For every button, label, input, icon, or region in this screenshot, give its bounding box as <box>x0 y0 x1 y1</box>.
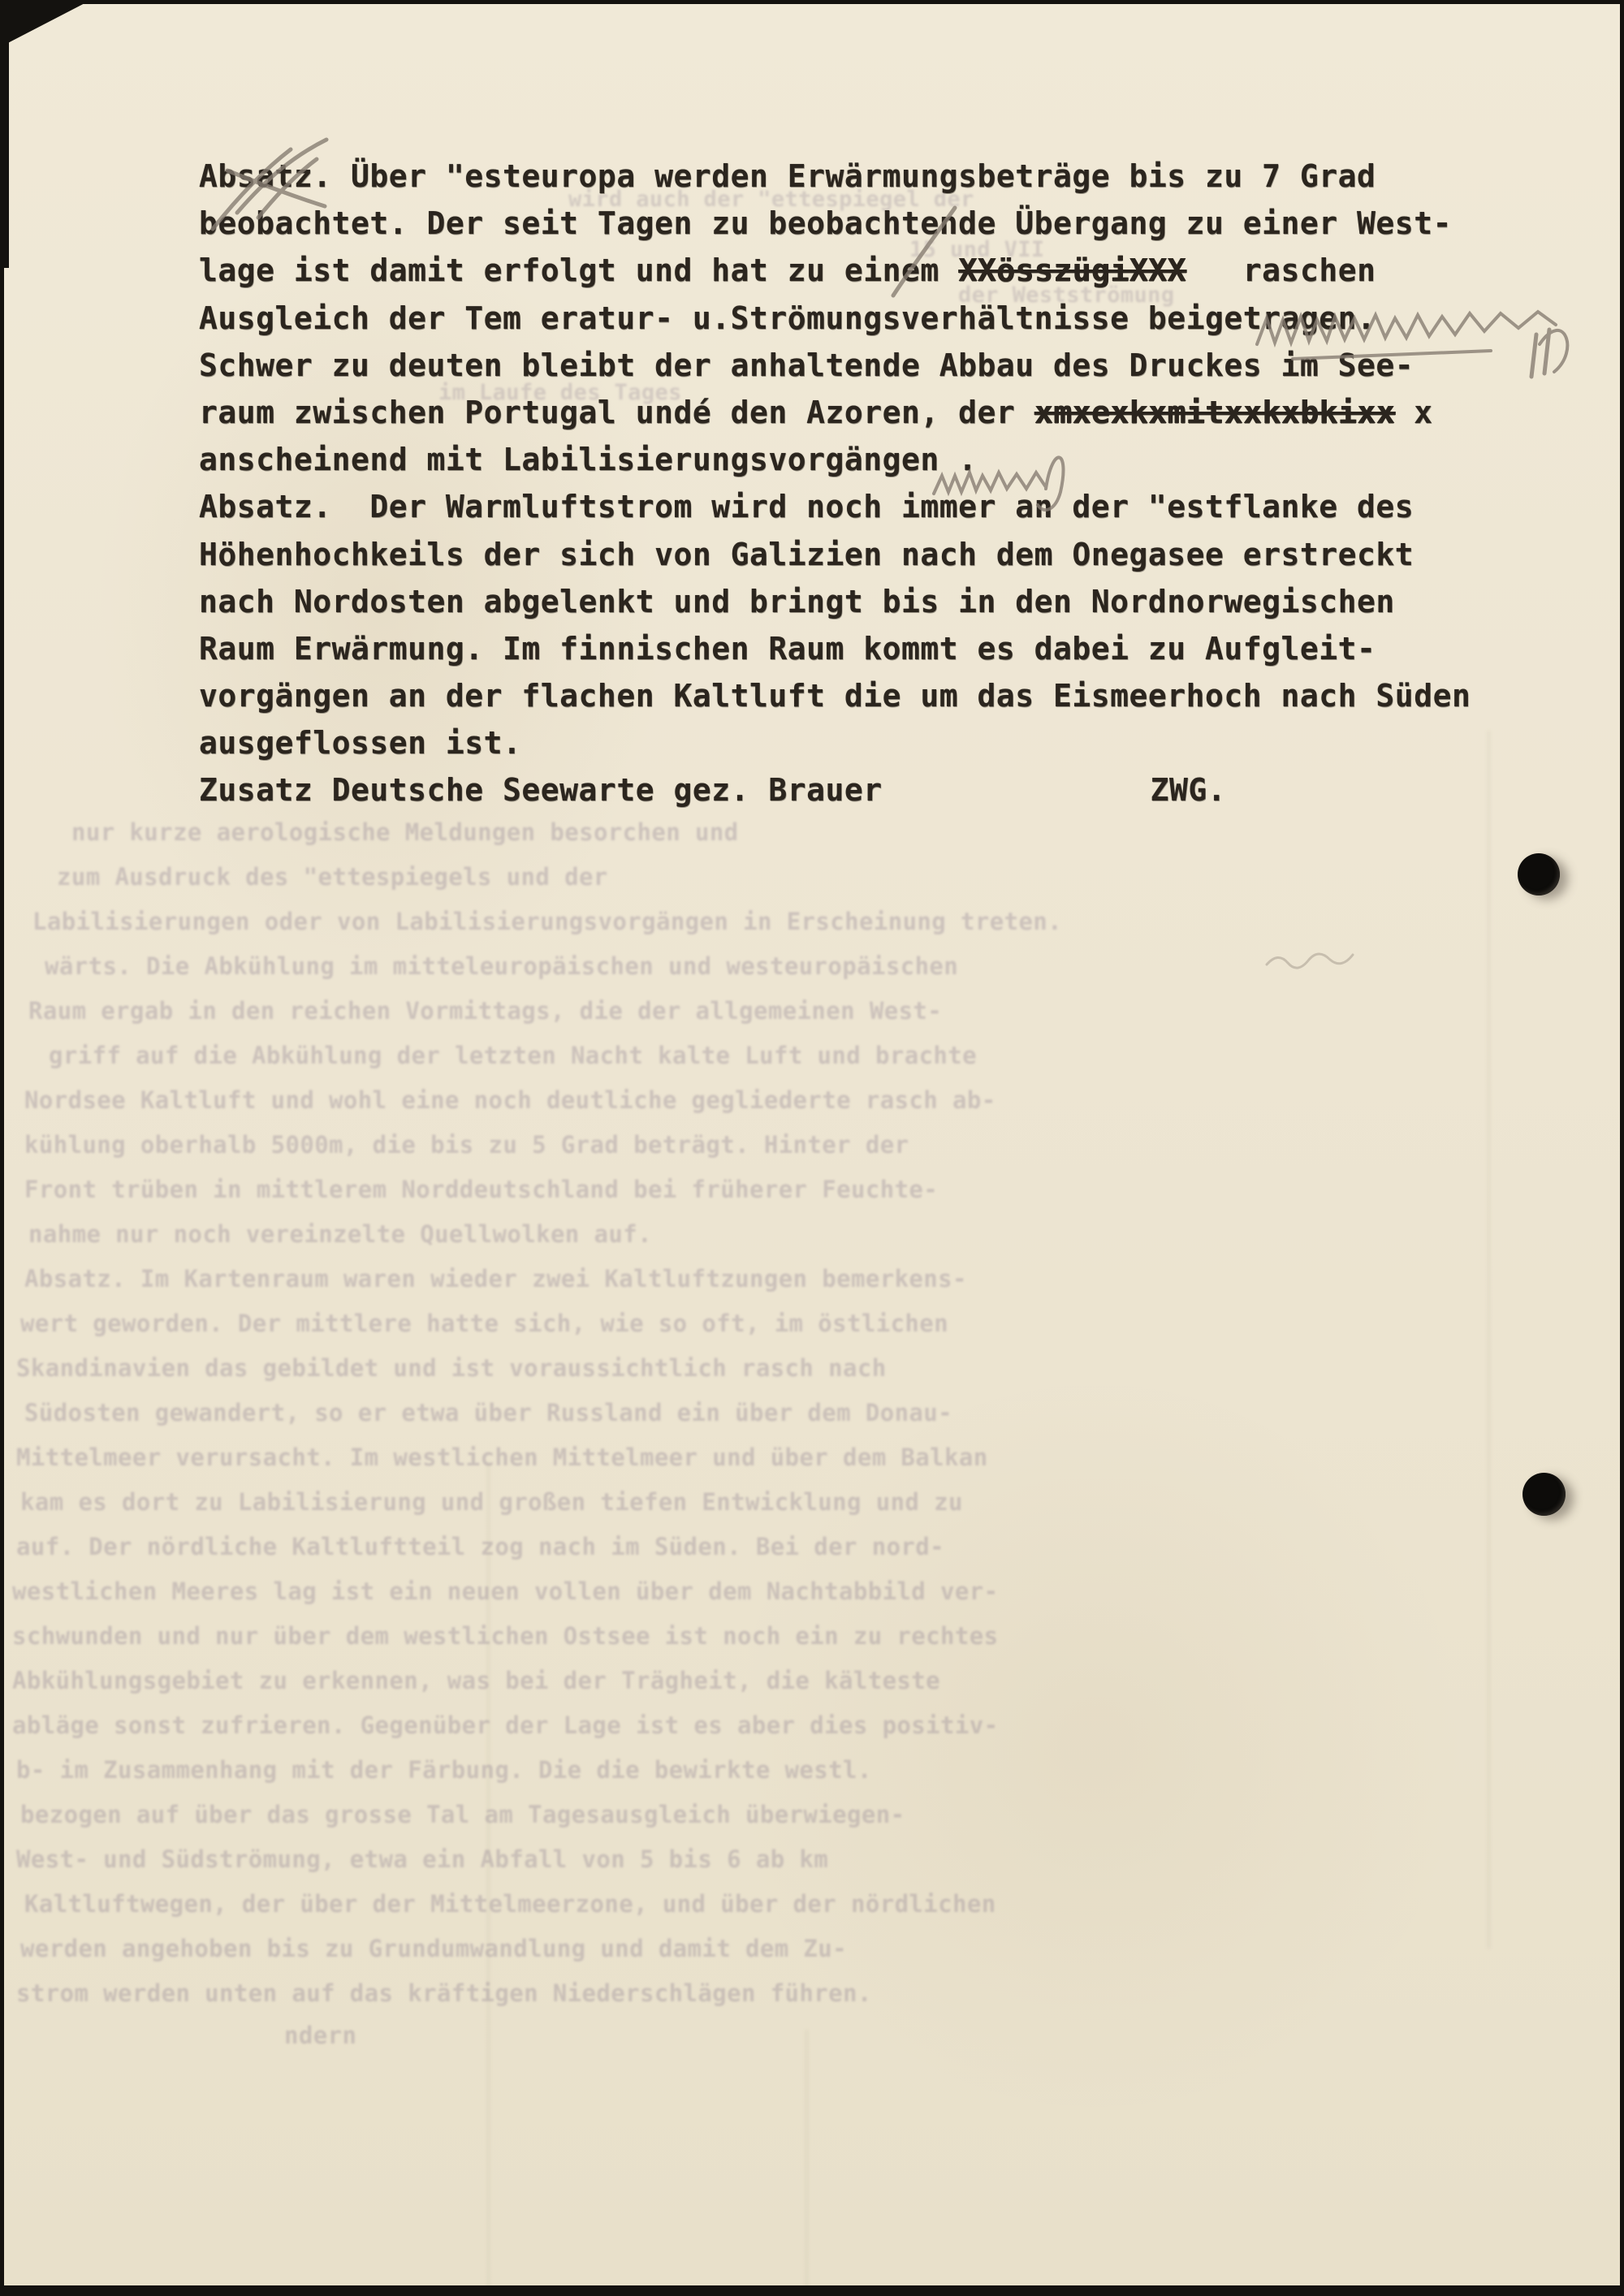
typed-segment: ausgeflossen ist. <box>199 725 521 761</box>
typed-segment: x <box>1395 395 1433 430</box>
ghost-bleedthrough-line: kühlung oberhalb 5000m, die bis zu 5 Gra… <box>24 1131 909 1159</box>
scan-corner-top-left <box>0 0 91 47</box>
typed-line: Absatz. Über "esteuropa werden Erwärmung… <box>199 153 1514 200</box>
ghost-bleedthrough-line: nur kurze aerologische Meldungen besorch… <box>71 818 739 846</box>
scan-edge-right <box>1620 0 1624 2296</box>
paper-crease <box>1488 731 1490 1949</box>
typed-segment: raschen <box>1186 252 1376 288</box>
typed-line: lage ist damit erfolgt und hat zu einem … <box>199 247 1514 294</box>
ghost-bleedthrough-line: Labilisierungen oder von Labilisierungsv… <box>32 908 1062 935</box>
ghost-bleedthrough-line: auf. Der nördliche Kaltluftteil zog nach… <box>16 1533 944 1560</box>
ghost-bleedthrough-line: Front trüben in mittlerem Norddeutschlan… <box>24 1176 938 1203</box>
typed-segment: raum zwischen Portugal undé den Azoren, … <box>199 395 1034 430</box>
typed-segment: ZWG. <box>1151 772 1227 808</box>
paper-crease <box>806 2030 808 2296</box>
ghost-bleedthrough-line: Kaltluftwegen, der über der Mittelmeerzo… <box>24 1890 996 1918</box>
typed-segment: Absatz. Über "esteuropa werden Erwärmung… <box>199 158 1376 194</box>
ghost-bleedthrough-line: West- und Südströmung, etwa ein Abfall v… <box>16 1845 828 1873</box>
ghost-bleedthrough-line: b- im Zusammenhang mit der Färbung. Die … <box>16 1756 872 1784</box>
typed-segment: Absatz. Der Warmluftstrom wird noch imme… <box>199 489 1414 524</box>
typed-segment: Ausgleich der Tem eratur- u.Strömungsver… <box>199 300 1376 336</box>
typed-segment: Zusatz Deutsche Seewarte gez. Brauer <box>199 772 883 808</box>
typed-line: Zusatz Deutsche Seewarte gez. BrauerZWG. <box>199 766 1514 814</box>
ghost-bleedthrough-line: werden angehoben bis zu Grundumwandlung … <box>20 1935 847 1962</box>
typed-segment: beobachtet. Der seit Tagen zu beobachten… <box>199 205 1452 241</box>
scan-edge-left <box>0 0 4 2296</box>
typed-line: Ausgleich der Tem eratur- u.Strömungsver… <box>199 295 1514 342</box>
scan-edge-top <box>0 0 1624 4</box>
scanned-document-page: wird auch der "ettespiegel der15 und VII… <box>0 0 1624 2296</box>
typed-segment: lage ist damit erfolgt und hat zu einem <box>199 252 958 288</box>
typed-line: Schwer zu deuten bleibt der anhaltende A… <box>199 342 1514 389</box>
typed-line: Absatz. Der Warmluftstrom wird noch imme… <box>199 483 1514 530</box>
typed-line: ausgeflossen ist. <box>199 719 1514 766</box>
ghost-bleedthrough-line: wert geworden. Der mittlere hatte sich, … <box>20 1310 948 1337</box>
ghost-bleedthrough-line: bezogen auf über das grosse Tal am Tages… <box>20 1801 905 1828</box>
ghost-bleedthrough-line: Raum ergab in den reichen Vormittags, di… <box>28 997 942 1025</box>
typed-segment: Schwer zu deuten bleibt der anhaltende A… <box>199 347 1414 383</box>
typed-segment: Höhenhochkeils der sich von Galizien nac… <box>199 537 1414 572</box>
punch-hole-top <box>1518 853 1560 896</box>
typed-line: beobachtet. Der seit Tagen zu beobachten… <box>199 200 1514 247</box>
ghost-bleedthrough-line: ndern <box>284 2022 356 2049</box>
typed-segment: vorgängen an der flachen Kaltluft die um… <box>199 678 1471 714</box>
ghost-bleedthrough-line: Südosten gewandert, so er etwa über Russ… <box>24 1399 952 1426</box>
punch-hole-bottom <box>1522 1473 1566 1516</box>
typed-segment: nach Nordosten abgelenkt und bringt bis … <box>199 584 1395 619</box>
typed-line: Raum Erwärmung. Im finnischen Raum kommt… <box>199 625 1514 672</box>
ghost-bleedthrough-line: strom werden unten auf das kräftigen Nie… <box>16 1979 872 2007</box>
pencil-double-stroke-above-see <box>1531 330 1549 377</box>
ghost-bleedthrough-line: abläge sonst zufrieren. Gegenüber der La… <box>12 1711 998 1739</box>
typed-text-block: Absatz. Über "esteuropa werden Erwärmung… <box>199 153 1514 814</box>
ghost-bleedthrough-line: Skandinavien das gebildet und ist voraus… <box>16 1354 887 1382</box>
ghost-bleedthrough-line: westlichen Meeres lag ist ein neuen voll… <box>12 1577 998 1605</box>
typed-segment: xmxexkxmitxxkxbkixx <box>1034 395 1395 430</box>
ghost-bleedthrough-line: Nordsee Kaltluft und wohl eine noch deut… <box>24 1086 996 1114</box>
typed-segment: anscheinend mit Labilisierungsvorgängen … <box>199 442 978 477</box>
ghost-bleedthrough-line: schwunden und nur über dem westlichen Os… <box>12 1622 998 1650</box>
typed-line: anscheinend mit Labilisierungsvorgängen … <box>199 436 1514 483</box>
typed-segment: XXösszügiXXX <box>958 252 1186 288</box>
ghost-bleedthrough-line: nahme nur noch vereinzelte Quellwolken a… <box>28 1220 652 1248</box>
ghost-bleedthrough-line: kam es dort zu Labilisierung und großen … <box>20 1488 963 1516</box>
typed-line: nach Nordosten abgelenkt und bringt bis … <box>199 578 1514 625</box>
typed-segment: Raum Erwärmung. Im finnischen Raum kommt… <box>199 631 1376 667</box>
pencil-smudge-right-margin <box>1267 954 1353 968</box>
ghost-bleedthrough-line: zum Ausdruck des "ettespiegels und der <box>57 863 608 891</box>
typed-line: raum zwischen Portugal undé den Azoren, … <box>199 389 1514 436</box>
ghost-bleedthrough-line: Absatz. Im Kartenraum waren wieder zwei … <box>24 1265 967 1293</box>
ghost-bleedthrough-line: Mittelmeer verursacht. Im westlichen Mit… <box>16 1444 988 1471</box>
typed-line: Höhenhochkeils der sich von Galizien nac… <box>199 531 1514 578</box>
ghost-bleedthrough-line: griff auf die Abkühlung der letzten Nach… <box>49 1042 977 1069</box>
ghost-bleedthrough-line: wärts. Die Abkühlung im mitteleuropäisch… <box>45 952 958 980</box>
scan-edge-bottom <box>0 2285 1624 2296</box>
ghost-bleedthrough-line: Abkühlungsgebiet zu erkennen, was bei de… <box>12 1667 940 1694</box>
typed-line: vorgängen an der flachen Kaltluft die um… <box>199 672 1514 719</box>
